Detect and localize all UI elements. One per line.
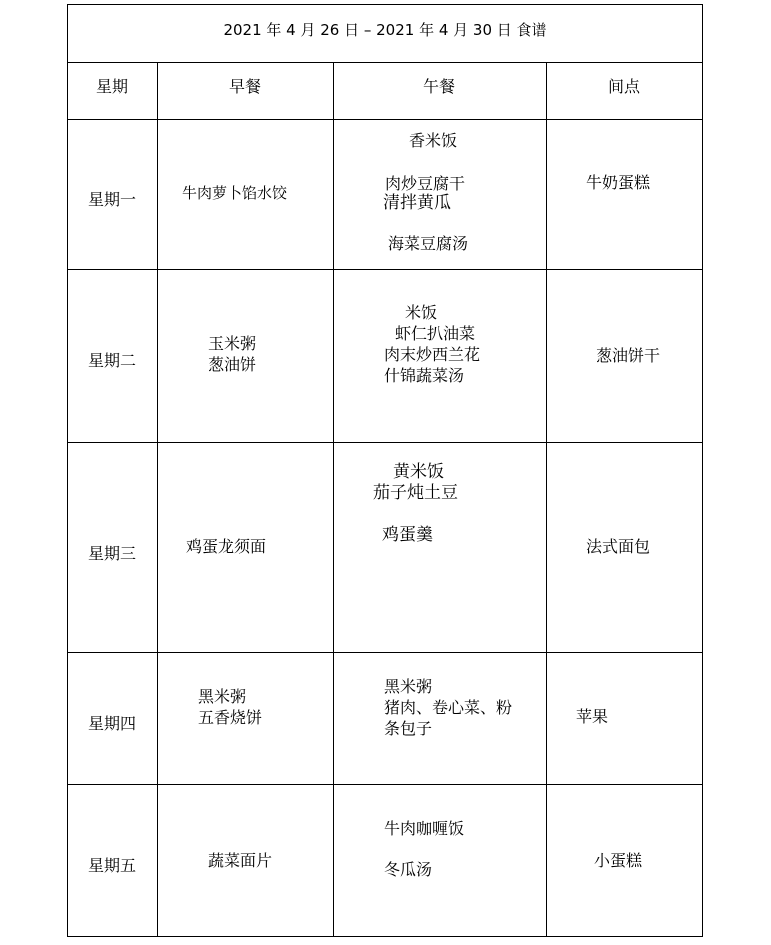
column-divider	[333, 62, 334, 937]
lunch-tuesday-1: 米饭	[405, 302, 437, 323]
lunch-monday-4: 海菜豆腐汤	[388, 233, 468, 254]
lunch-friday-1: 牛肉咖喱饭	[384, 818, 464, 839]
day-cell-friday: 星期五	[88, 855, 136, 876]
row-divider	[67, 269, 703, 270]
snack-tuesday: 葱油饼干	[596, 345, 660, 366]
breakfast-tuesday-1: 玉米粥	[208, 333, 256, 354]
snack-thursday: 苹果	[576, 706, 608, 727]
snack-friday: 小蛋糕	[594, 850, 642, 871]
lunch-friday-2: 冬瓜汤	[384, 859, 432, 880]
lunch-wednesday-3: 鸡蛋羹	[382, 525, 433, 546]
day-cell-tuesday: 星期二	[88, 350, 136, 371]
header-day: 星期	[96, 76, 128, 97]
lunch-monday-1: 香米饭	[409, 130, 457, 151]
breakfast-friday: 蔬菜面片	[208, 850, 272, 871]
day-cell-monday: 星期一	[88, 189, 136, 210]
lunch-wednesday-2: 茄子炖土豆	[373, 483, 458, 504]
header-breakfast: 早餐	[229, 76, 261, 97]
column-divider	[546, 62, 547, 937]
lunch-thursday-3: 条包子	[384, 718, 432, 739]
row-divider	[67, 119, 703, 120]
breakfast-wednesday: 鸡蛋龙须面	[186, 536, 266, 557]
breakfast-thursday-2: 五香烧饼	[198, 707, 262, 728]
menu-table	[67, 4, 703, 937]
day-cell-wednesday: 星期三	[88, 543, 136, 564]
lunch-wednesday-1: 黄米饭	[393, 462, 444, 483]
header-lunch: 午餐	[423, 76, 455, 97]
lunch-thursday-1: 黑米粥	[384, 676, 432, 697]
lunch-tuesday-3: 肉末炒西兰花	[384, 344, 480, 365]
snack-wednesday: 法式面包	[586, 536, 650, 557]
lunch-tuesday-4: 什锦蔬菜汤	[384, 365, 464, 386]
breakfast-thursday-1: 黑米粥	[198, 686, 246, 707]
table-title: 2021 年 4 月 26 日 – 2021 年 4 月 30 日 食谱	[223, 20, 546, 41]
lunch-tuesday-2: 虾仁扒油菜	[395, 323, 475, 344]
lunch-monday-2: 肉炒豆腐干	[385, 173, 465, 194]
lunch-thursday-2: 猪肉、卷心菜、粉	[384, 697, 512, 718]
column-divider	[157, 62, 158, 937]
row-divider	[67, 62, 703, 63]
row-divider	[67, 442, 703, 443]
day-cell-thursday: 星期四	[88, 713, 136, 734]
row-divider	[67, 652, 703, 653]
lunch-monday-3: 清拌黄瓜	[383, 193, 451, 214]
breakfast-tuesday-2: 葱油饼	[208, 354, 256, 375]
row-divider	[67, 784, 703, 785]
snack-monday: 牛奶蛋糕	[586, 172, 650, 193]
breakfast-monday: 牛肉萝卜馅水饺	[182, 183, 287, 204]
header-snack: 间点	[608, 76, 640, 97]
